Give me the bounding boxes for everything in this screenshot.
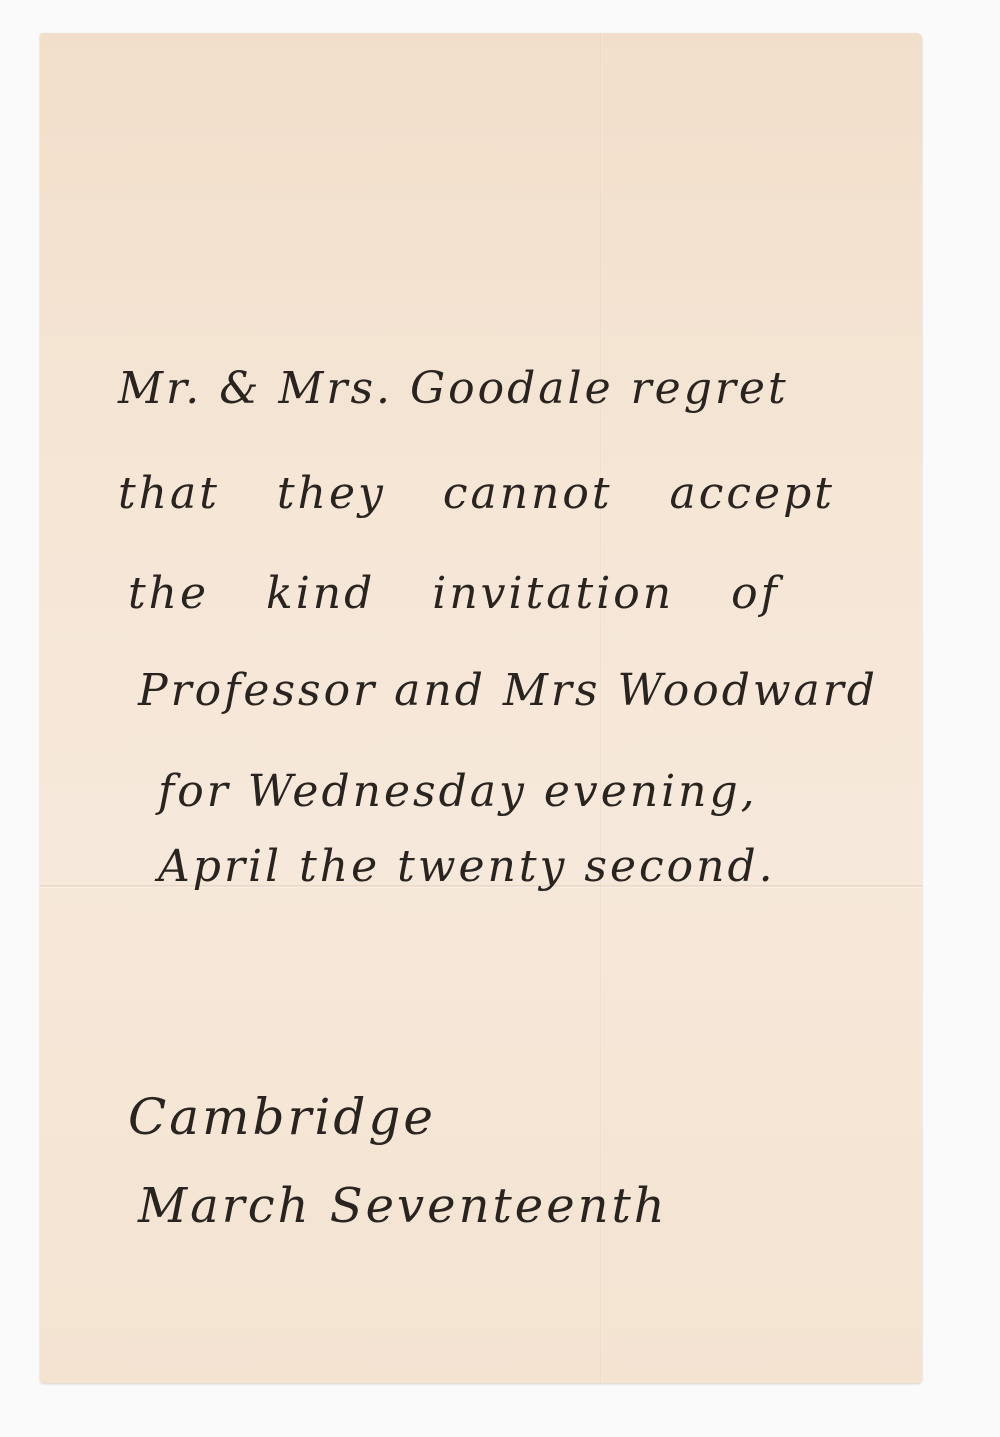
letter-line-2: that they cannot accept <box>118 468 835 519</box>
letter-paper: Mr. & Mrs. Goodale regret that they cann… <box>40 33 922 1383</box>
letter-line-1: Mr. & Mrs. Goodale regret <box>118 363 789 414</box>
letter-line-5: for Wednesday evening, <box>158 766 758 817</box>
letter-place: Cambridge <box>128 1088 436 1146</box>
letter-date: March Seventeenth <box>138 1178 668 1234</box>
letter-line-3: the kind invitation of <box>128 568 780 619</box>
letter-line-4: Professor and Mrs Woodward <box>138 665 878 716</box>
letter-line-6: April the twenty second. <box>158 841 776 892</box>
